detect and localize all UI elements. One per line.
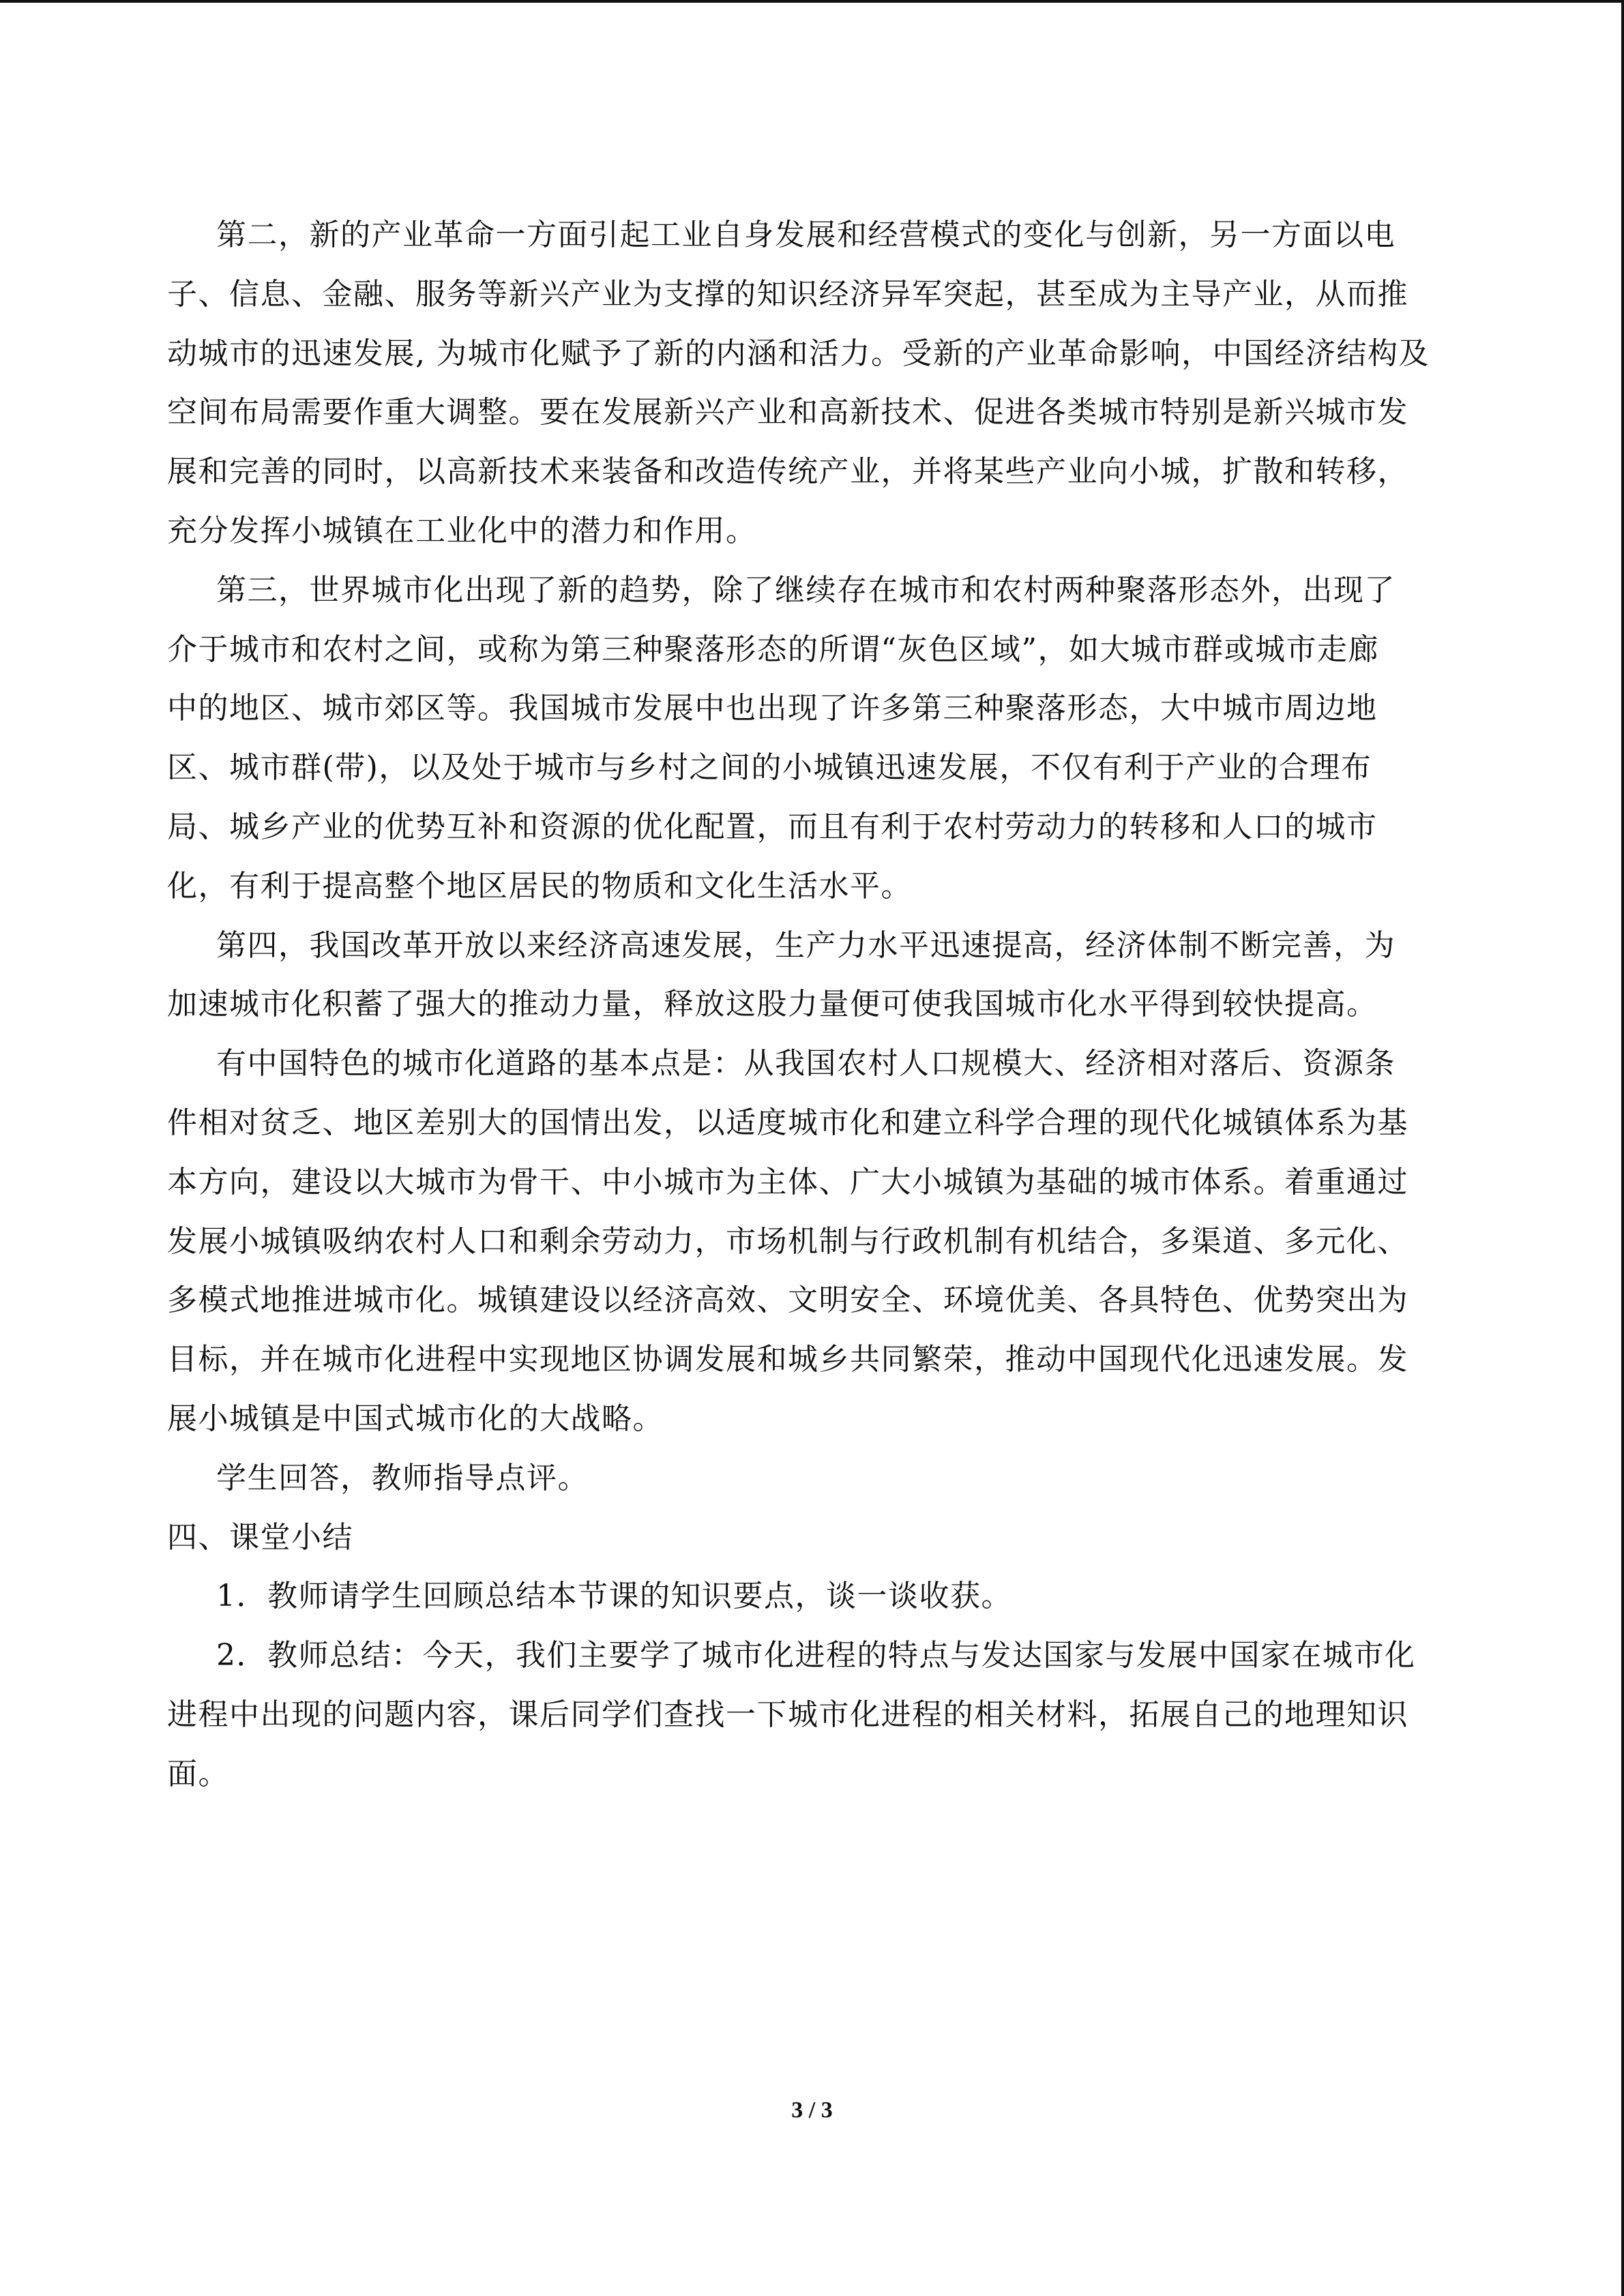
section-heading: 四、课堂小结 [167,1518,1456,1577]
text-line: 动城市的迅速发展, 为城市化赋予了新的内涵和活力。受新的产业革命影响，中国经济结… [167,334,1456,393]
text-line: 中的地区、城市郊区等。我国城市发展中也出现了许多第三种聚落形态，大中城市周边地 [167,689,1456,748]
page-number: 3 / 3 [0,2098,1624,2123]
page-border-top [0,0,1624,3]
text-line: 第三，世界城市化出现了新的趋势，除了继续存在城市和农村两种聚落形态外，出现了 [167,571,1456,630]
text-line: 区、城市群(带)，以及处于城市与乡村之间的小城镇迅速发展，不仅有利于产业的合理布 [167,748,1456,807]
text-line: 充分发挥小城镇在工业化中的潜力和作用。 [167,511,1456,571]
list-item: 1．教师请学生回顾总结本节课的知识要点，谈一谈收获。 [167,1577,1456,1636]
text-line: 进程中出现的问题内容，课后同学们查找一下城市化进程的相关材料，拓展自己的地理知识 [167,1695,1456,1755]
text-line: 展和完善的同时，以高新技术来装备和改造传统产业，并将某些产业向小城，扩散和转移， [167,452,1456,511]
text-line: 空间布局需要作重大调整。要在发展新兴产业和高新技术、促进各类城市特别是新兴城市发 [167,393,1456,452]
text-line: 局、城乡产业的优势互补和资源的优化配置，而且有利于农村劳动力的转移和人口的城市 [167,807,1456,867]
text-line: 展小城镇是中国式城市化的大战略。 [167,1399,1456,1459]
text-line: 多模式地推进城市化。城镇建设以经济高效、文明安全、环境优美、各具特色、优势突出为 [167,1281,1456,1340]
text-line: 有中国特色的城市化道路的基本点是：从我国农村人口规模大、经济相对落后、资源条 [167,1044,1456,1103]
text-line: 学生回答，教师指导点评。 [167,1459,1456,1518]
text-line: 介于城市和农村之间，或称为第三种聚落形态的所谓“灰色区域”，如大城市群或城市走廊 [167,630,1456,689]
text-line: 第四，我国改革开放以来经济高速发展，生产力水平迅速提高，经济体制不断完善，为 [167,926,1456,985]
text-line: 发展小城镇吸纳农村人口和剩余劳动力，市场机制与行政机制有机结合，多渠道、多元化、 [167,1222,1456,1281]
list-item: 2．教师总结：今天，我们主要学了城市化进程的特点与发达国家与发展中国家在城市化 [167,1636,1456,1695]
text-line: 面。 [167,1755,1456,1814]
page-border-right [1621,0,1624,2296]
text-line: 加速城市化积蓄了强大的推动力量，释放这股力量便可使我国城市化水平得到较快提高。 [167,985,1456,1044]
text-line: 本方向，建设以大城市为骨干、中小城市为主体、广大小城镇为基础的城市体系。着重通过 [167,1163,1456,1222]
text-line: 目标，并在城市化进程中实现地区协调发展和城乡共同繁荣，推动中国现代化迅速发展。发 [167,1340,1456,1399]
text-line: 子、信息、金融、服务等新兴产业为支撑的知识经济异军突起，甚至成为主导产业，从而推 [167,275,1456,334]
text-line: 第二，新的产业革命一方面引起工业自身发展和经营模式的变化与创新，另一方面以电 [167,215,1456,275]
text-line: 件相对贫乏、地区差别大的国情出发，以适度城市化和建立科学合理的现代化城镇体系为基 [167,1103,1456,1163]
document-body: 第二，新的产业革命一方面引起工业自身发展和经营模式的变化与创新，另一方面以电 子… [167,215,1456,1814]
text-line: 化，有利于提高整个地区居民的物质和文化生活水平。 [167,867,1456,926]
